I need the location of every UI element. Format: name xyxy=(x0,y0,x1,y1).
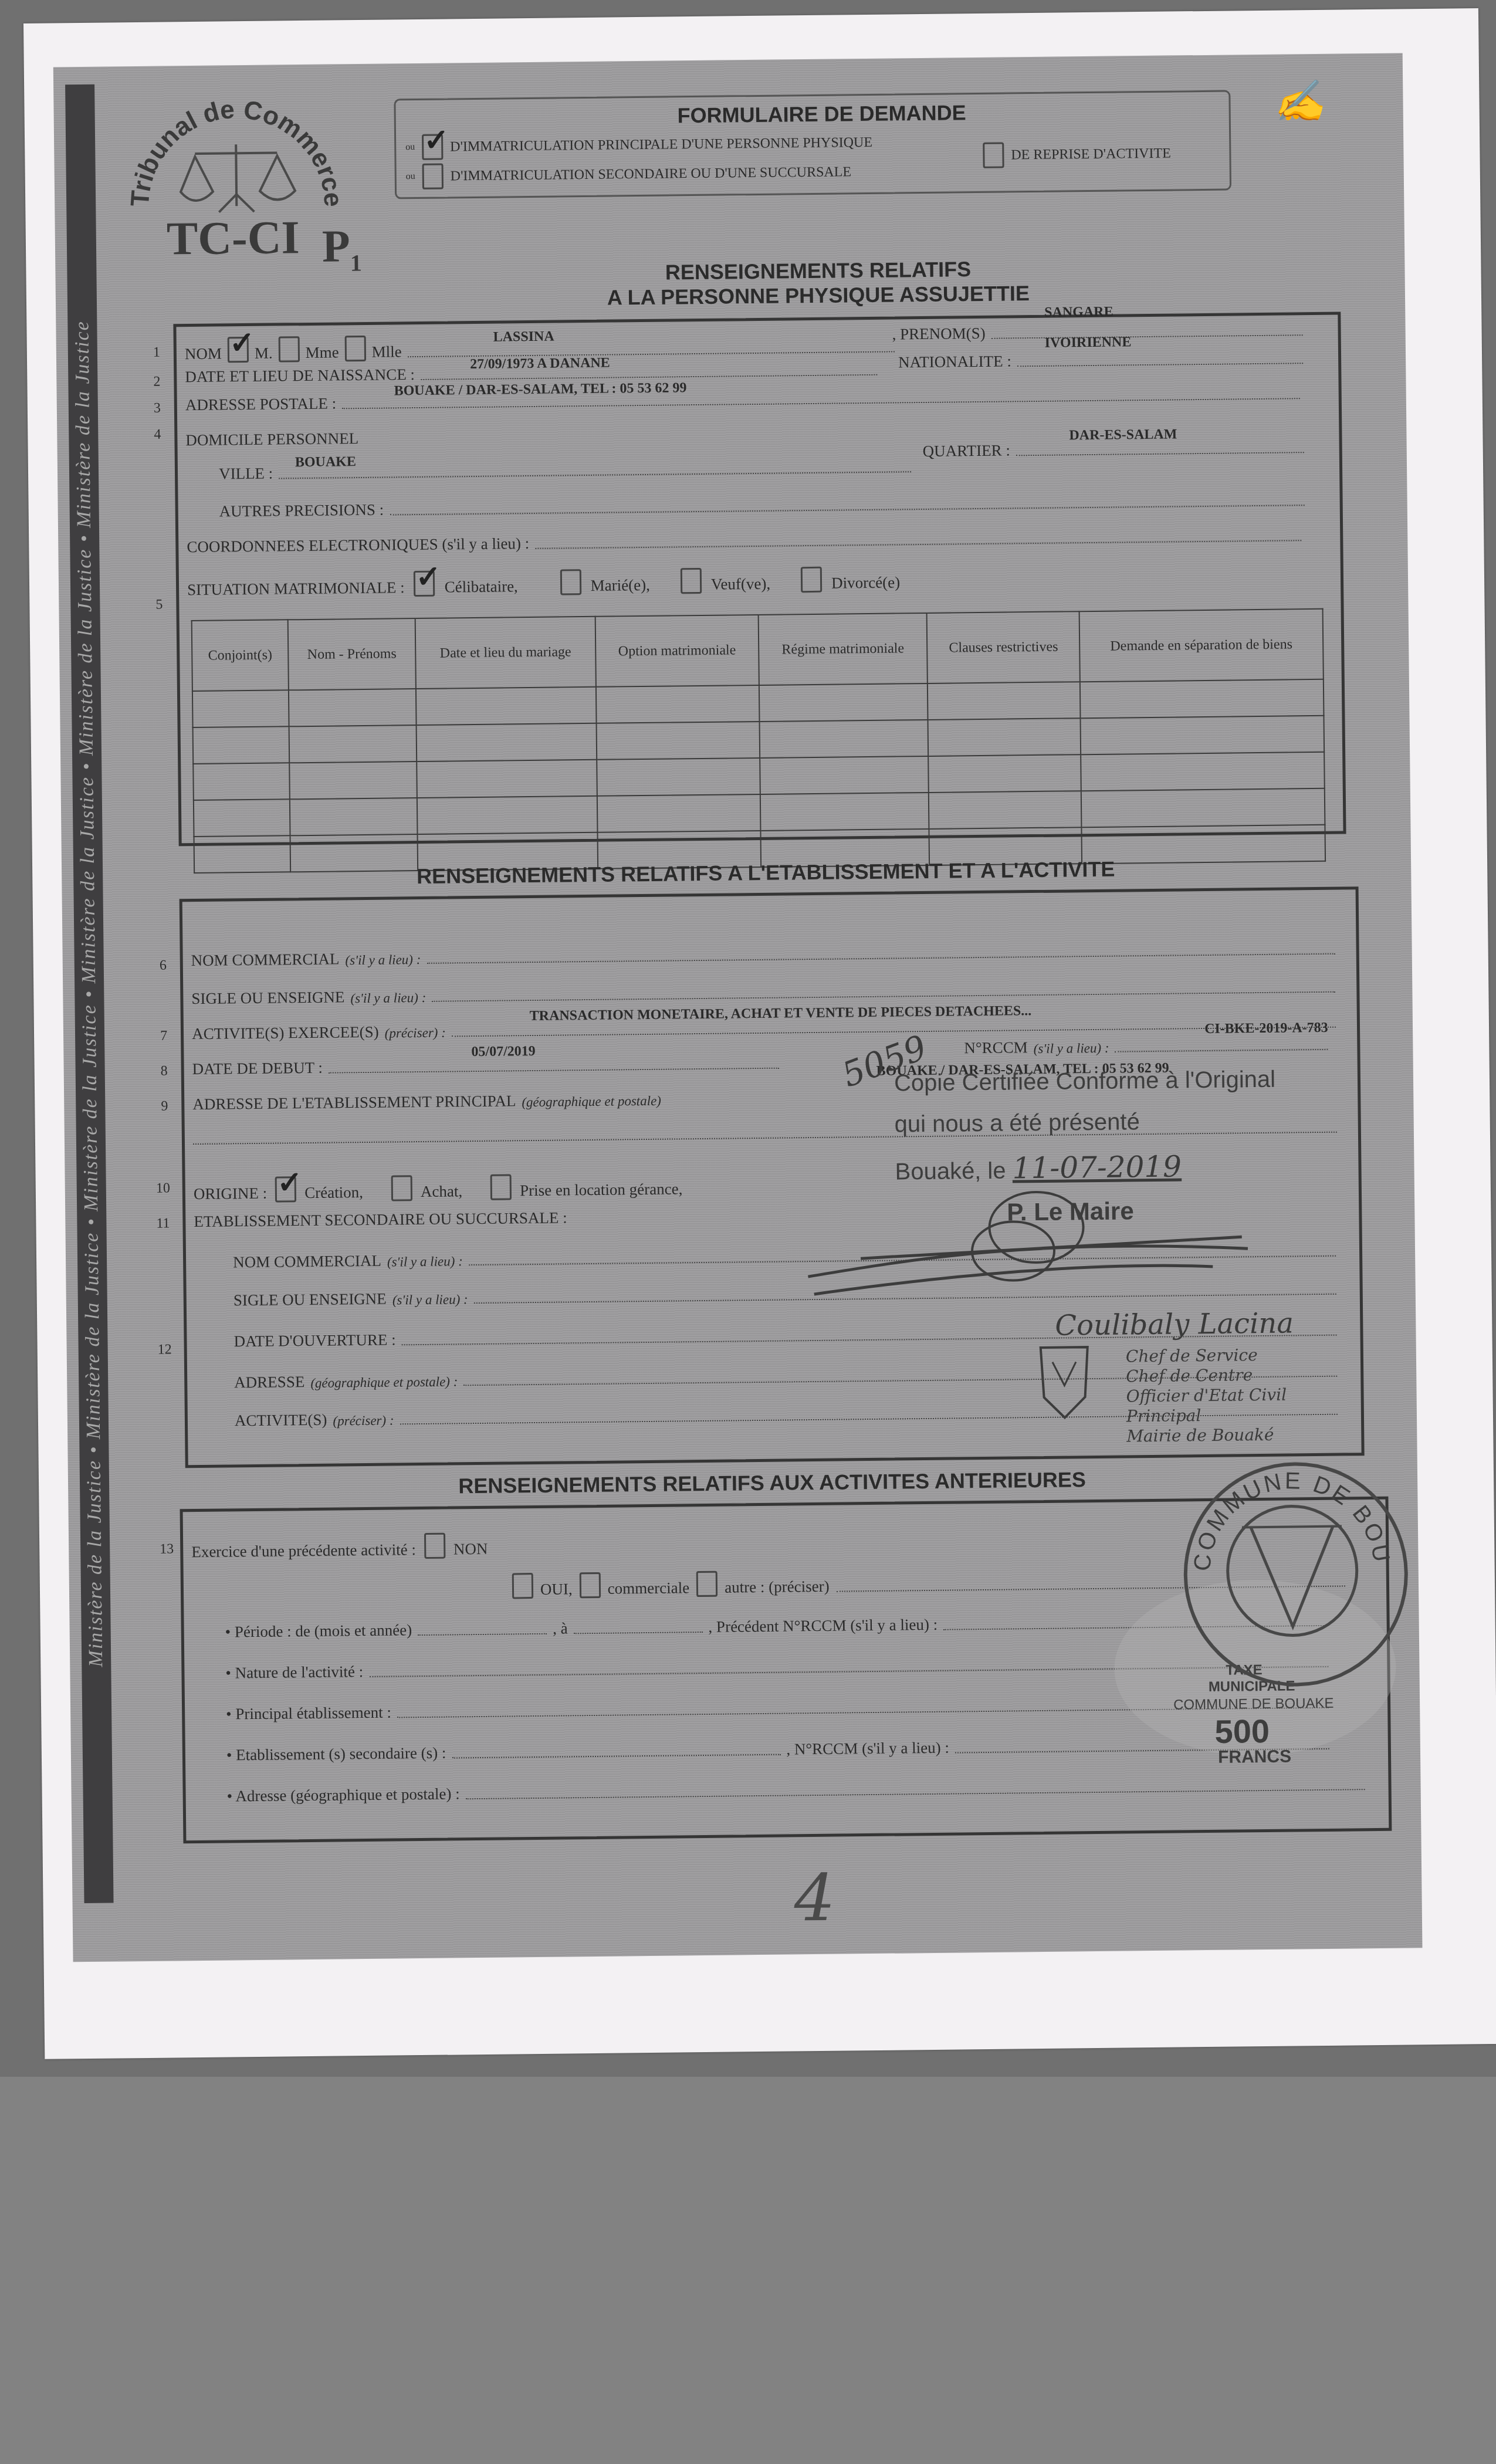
signatory-titles: Chef de Service Chef de Centre Officier … xyxy=(1126,1344,1362,1446)
spouse-table-header: Date et lieu du mariage xyxy=(415,617,596,689)
spouse-table-cell[interactable] xyxy=(192,690,289,727)
adresse-anterieure-row: • Adresse (géographique et postale) : xyxy=(227,1775,1365,1805)
ville-value[interactable]: BOUAKE xyxy=(295,454,356,471)
ville-field[interactable] xyxy=(279,470,911,479)
request-option-reprise[interactable]: DE REPRISE D'ACTIVITE xyxy=(983,141,1171,168)
activites-field[interactable] xyxy=(452,1025,1336,1037)
adresse-value[interactable]: BOUAKE / DAR-ES-SALAM, TEL : 05 53 62 99 xyxy=(394,380,686,399)
checkbox-civility-mme[interactable] xyxy=(278,336,299,362)
checkbox-creation[interactable] xyxy=(275,1176,296,1202)
section3-title: RENSEIGNEMENTS RELATIFS AUX ACTIVITES AN… xyxy=(332,1466,1212,1500)
spouse-table-header: Option matrimoniale xyxy=(595,615,759,687)
spouse-table-cell[interactable] xyxy=(929,754,1081,793)
origine-row: ORIGINE : Création, Achat, Prise en loca… xyxy=(194,1172,683,1203)
periode-to-field[interactable] xyxy=(574,1630,703,1634)
checkbox-achat[interactable] xyxy=(391,1175,412,1201)
spouse-table: Conjoint(s)Nom - PrénomsDate et lieu du … xyxy=(191,608,1326,874)
request-option-label: D'IMMATRICULATION SECONDAIRE OU D'UNE SU… xyxy=(451,164,852,184)
checkbox-location-gerance[interactable] xyxy=(490,1174,512,1200)
adresse-etab-row: ADRESSE DE L'ETABLISSEMENT PRINCIPAL(géo… xyxy=(192,1089,779,1113)
certification-place: Bouaké, le 11-07-2019 xyxy=(895,1149,1182,1186)
adresse-row: ADRESSE POSTALE : xyxy=(185,384,1300,414)
section1-box: 1 2 3 4 5 NOM M. Mme Mlle LASSINA , PREN… xyxy=(173,312,1346,847)
nom-value[interactable]: LASSINA xyxy=(493,329,554,346)
request-type-box: FORMULAIRE DE DEMANDE ou D'IMMATRICULATI… xyxy=(394,90,1231,199)
corner-scribble: ✍ xyxy=(1274,77,1325,127)
date-debut-value[interactable]: 05/07/2019 xyxy=(471,1044,536,1060)
side-strip-text: Ministère de la Justice • Ministère de l… xyxy=(71,320,107,1667)
certification-line1: Copie Certifiée Conforme à l'Original xyxy=(894,1067,1276,1097)
naissance-field[interactable] xyxy=(421,373,877,380)
document-photocopy: Ministère de la Justice • Ministère de l… xyxy=(53,53,1423,1962)
prenoms-field[interactable] xyxy=(991,333,1303,339)
checkbox-commerciale[interactable] xyxy=(579,1572,600,1598)
precisions-row: AUTRES PRECISIONS : xyxy=(219,491,1305,520)
checkbox-non[interactable] xyxy=(424,1533,445,1559)
spouse-table-cell[interactable] xyxy=(597,794,760,832)
checkbox-celibataire[interactable] xyxy=(414,571,435,597)
spouse-table-cell[interactable] xyxy=(929,791,1081,829)
nom-commercial-field[interactable] xyxy=(427,952,1335,964)
nationalite-value[interactable]: IVOIRIENNE xyxy=(1045,334,1132,351)
periode-from-field[interactable] xyxy=(418,1632,547,1636)
signatory-name: Coulibaly Lacina xyxy=(1055,1307,1294,1342)
spouse-table-header: Clauses restrictives xyxy=(927,611,1080,683)
quartier-value[interactable]: DAR-ES-SALAM xyxy=(1069,427,1177,444)
request-option-label: DE REPRISE D'ACTIVITE xyxy=(1011,145,1171,163)
spouse-table-cell[interactable] xyxy=(928,682,1080,720)
nationalite-row: NATIONALITE : xyxy=(898,349,1303,371)
spouse-table-cell[interactable] xyxy=(1081,788,1325,827)
secondaire-field[interactable] xyxy=(452,1753,781,1759)
naissance-value[interactable]: 27/09/1973 A DANANE xyxy=(470,356,610,373)
spouse-table-header: Régime matrimoniale xyxy=(758,613,928,685)
checkbox-divorce[interactable] xyxy=(801,567,822,593)
checkbox-reprise[interactable] xyxy=(983,143,1004,168)
spouse-table-cell[interactable] xyxy=(928,718,1081,756)
spouse-table-cell[interactable] xyxy=(596,685,759,723)
adresse-field[interactable] xyxy=(342,397,1300,409)
certification-line2: qui nous a été présenté xyxy=(895,1109,1140,1138)
coordonnees-field[interactable] xyxy=(535,539,1301,549)
spouse-table-cell[interactable] xyxy=(290,798,418,835)
checkbox-autre[interactable] xyxy=(696,1571,717,1597)
scanned-sheet: Ministère de la Justice • Ministère de l… xyxy=(23,8,1496,2059)
adresse-etab-field[interactable] xyxy=(193,1131,1337,1145)
domicile-label: DOMICILE PERSONNEL xyxy=(185,429,358,449)
spouse-table-cell[interactable] xyxy=(1081,752,1325,791)
spouse-table-cell[interactable] xyxy=(759,720,928,758)
secondaire-label: ETABLISSEMENT SECONDAIRE OU SUCCURSALE : xyxy=(194,1209,567,1231)
checkbox-principale[interactable] xyxy=(422,134,443,160)
exercice-row: Exercice d'une précédente activité : NON xyxy=(191,1532,488,1561)
spouse-table-cell[interactable] xyxy=(1080,716,1324,754)
quartier-field[interactable] xyxy=(1016,451,1304,456)
signature-icon xyxy=(801,1184,1272,1306)
checkbox-oui[interactable] xyxy=(512,1573,533,1599)
date-debut-field[interactable] xyxy=(329,1067,779,1074)
seal-emblem-icon: COMMUNE DE BOUAKE RCI xyxy=(1183,1461,1402,1681)
request-option-principale[interactable]: ou D'IMMATRICULATION PRINCIPALE D'UNE PE… xyxy=(405,130,872,160)
sigle-field[interactable] xyxy=(432,990,1335,1002)
section1-title: RENSEIGNEMENTS RELATIFS A LA PERSONNE PH… xyxy=(524,256,1112,311)
request-title: FORMULAIRE DE DEMANDE xyxy=(677,100,966,128)
spouse-table-cell[interactable] xyxy=(417,796,597,834)
scales-of-justice-icon: Tribunal de Commerce xyxy=(124,87,371,231)
spouse-table-cell[interactable] xyxy=(289,725,417,763)
form-code: P1 xyxy=(322,219,363,277)
stamp-amount: 500 xyxy=(1214,1712,1270,1751)
nom-commercial-row: NOM COMMERCIAL(s'il y a lieu) : xyxy=(191,940,1335,970)
logo-code: TC-CI xyxy=(166,211,300,266)
checkbox-secondaire[interactable] xyxy=(422,164,444,189)
spouse-table-cell[interactable] xyxy=(193,763,290,800)
coordonnees-row: COORDONNEES ELECTRONIQUES (s'il y a lieu… xyxy=(187,526,1301,556)
checkbox-marie[interactable] xyxy=(560,569,581,595)
situation-row: SITUATION MATRIMONIALE : Célibataire, Ma… xyxy=(187,566,900,599)
nrccm-field[interactable] xyxy=(1115,1048,1328,1052)
municipal-seal: COMMUNE DE BOUAKE RCI xyxy=(1183,1461,1409,1687)
adresse-etab-line xyxy=(193,1131,1337,1148)
checkbox-civility-mlle[interactable] xyxy=(344,336,365,361)
checkbox-veuf[interactable] xyxy=(681,568,702,594)
precisions-field[interactable] xyxy=(390,503,1304,515)
secondaire-row: • Etablissement (s) secondaire (s) : , N… xyxy=(226,1735,1329,1765)
spouse-table-header: Nom - Prénoms xyxy=(288,618,416,690)
page-mark: 4 xyxy=(794,1860,835,1936)
spouse-table-cell[interactable] xyxy=(289,761,417,799)
spouse-table-cell[interactable] xyxy=(417,723,597,761)
spouse-table-cell[interactable] xyxy=(194,799,290,837)
ministry-side-strip: Ministère de la Justice • Ministère de l… xyxy=(65,84,113,1903)
spouse-table-header: Demande en séparation de biens xyxy=(1079,609,1324,682)
spouse-table-cell[interactable] xyxy=(416,687,596,725)
prenoms-value[interactable]: SANGARE xyxy=(1044,304,1113,321)
svg-text:COMMUNE DE BOUAKE RCI: COMMUNE DE BOUAKE RCI xyxy=(1183,1461,1395,1573)
checkbox-civility-m[interactable] xyxy=(228,337,249,363)
spouse-table-cell[interactable] xyxy=(417,760,597,798)
spouse-table-cell[interactable] xyxy=(760,793,929,831)
spouse-table-cell[interactable] xyxy=(597,758,760,796)
spouse-table-cell[interactable] xyxy=(760,756,929,794)
tribunal-logo: Tribunal de Commerce TC-CI P1 xyxy=(124,87,372,277)
request-option-label: D'IMMATRICULATION PRINCIPALE D'UNE PERSO… xyxy=(450,134,872,155)
spouse-table-cell[interactable] xyxy=(1080,679,1324,718)
spouse-table-cell[interactable] xyxy=(759,683,928,722)
nrccm-value[interactable]: CI-BKE-2019-A-783 xyxy=(1204,1020,1328,1037)
adresse-anterieure-field[interactable] xyxy=(466,1788,1365,1799)
nationalite-field[interactable] xyxy=(1017,361,1303,367)
spouse-table-header: Conjoint(s) xyxy=(192,620,289,691)
section2-box: 6 7 8 9 10 11 12 NOM COMMERCIAL(s'il y a… xyxy=(180,886,1365,1468)
spouse-table-cell[interactable] xyxy=(193,726,290,764)
sigle-row: SIGLE OU ENSEIGNE(s'il y a lieu) : xyxy=(191,978,1335,1008)
spouse-table-cell[interactable] xyxy=(289,689,417,726)
spouse-table-cell[interactable] xyxy=(596,722,759,760)
nrccm-row: N°RCCM(s'il y a lieu) : xyxy=(964,1035,1328,1057)
request-option-secondaire[interactable]: ou D'IMMATRICULATION SECONDAIRE OU D'UNE… xyxy=(406,159,852,189)
coat-of-arms-icon xyxy=(1038,1344,1091,1421)
